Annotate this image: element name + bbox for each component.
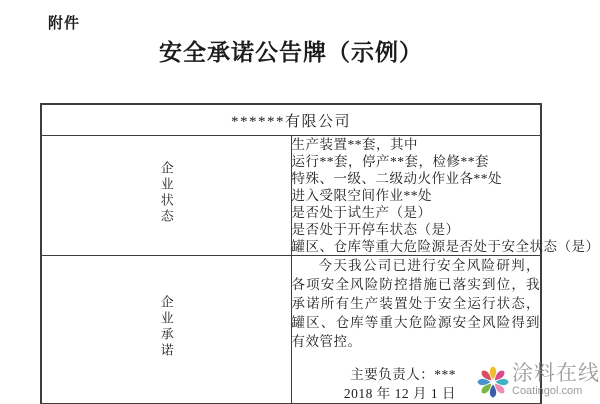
watermark-domain: Coatingol.com [512, 385, 600, 398]
status-line-production-units: 生产装置**套，其中 [292, 136, 541, 153]
logo-petal [477, 379, 490, 385]
company-row: ******有限公司 [41, 104, 541, 136]
status-line-hot-work: 特殊、一级、二级动火作业各**处 [292, 170, 541, 187]
enterprise-commitment-label: 企业承诺 [160, 295, 173, 359]
responsible-person-line: 主要负责人：*** [292, 365, 457, 384]
coatingol-pinwheel-logo-icon [476, 364, 510, 400]
logo-petal [490, 384, 496, 397]
enterprise-status-row: 企业状态 生产装置**套，其中 运行**套，停产**套，检修**套 特殊、一级、… [41, 136, 541, 256]
enterprise-status-label: 企业状态 [160, 161, 173, 225]
watermark-text: 涂料在线 Coatingol.com [512, 363, 600, 398]
company-name: ******有限公司 [41, 104, 541, 136]
coatingol-watermark: 涂料在线 Coatingol.com [476, 363, 600, 400]
status-line-confined-space: 进入受限空间作业**处 [292, 187, 541, 204]
enterprise-commitment-row: 企业承诺 今天我公司已进行安全风险研判，各项安全风险防控措施已落实到位，我承诺所… [41, 256, 541, 404]
notice-board-table: ******有限公司 企业状态 生产装置**套，其中 运行**套，停产**套，检… [40, 103, 542, 404]
commitment-paragraph: 今天我公司已进行安全风险研判，各项安全风险防控措施已落实到位，我承诺所有生产装置… [292, 256, 541, 351]
status-line-operating-units: 运行**套，停产**套，检修**套 [292, 153, 541, 170]
enterprise-status-label-cell: 企业状态 [41, 136, 291, 256]
enterprise-status-content: 生产装置**套，其中 运行**套，停产**套，检修**套 特殊、一级、二级动火作… [291, 136, 541, 256]
status-line-startup-shutdown: 是否处于开停车状态（是） [292, 221, 541, 238]
logo-petal [495, 379, 508, 385]
page-title: 安全承诺公告牌（示例） [40, 34, 542, 67]
attachment-label: 附件 [48, 12, 80, 33]
logo-petals [477, 366, 508, 397]
date-line: 2018 年 12 月 1 日 [292, 384, 457, 403]
status-line-trial-production: 是否处于试生产（是） [292, 204, 541, 221]
logo-petal [490, 366, 496, 379]
enterprise-commitment-label-cell: 企业承诺 [41, 256, 291, 404]
status-line-major-hazard-safe: 罐区、仓库等重大危险源是否处于安全状态（是） [292, 238, 541, 255]
watermark-name-cn: 涂料在线 [512, 363, 600, 385]
